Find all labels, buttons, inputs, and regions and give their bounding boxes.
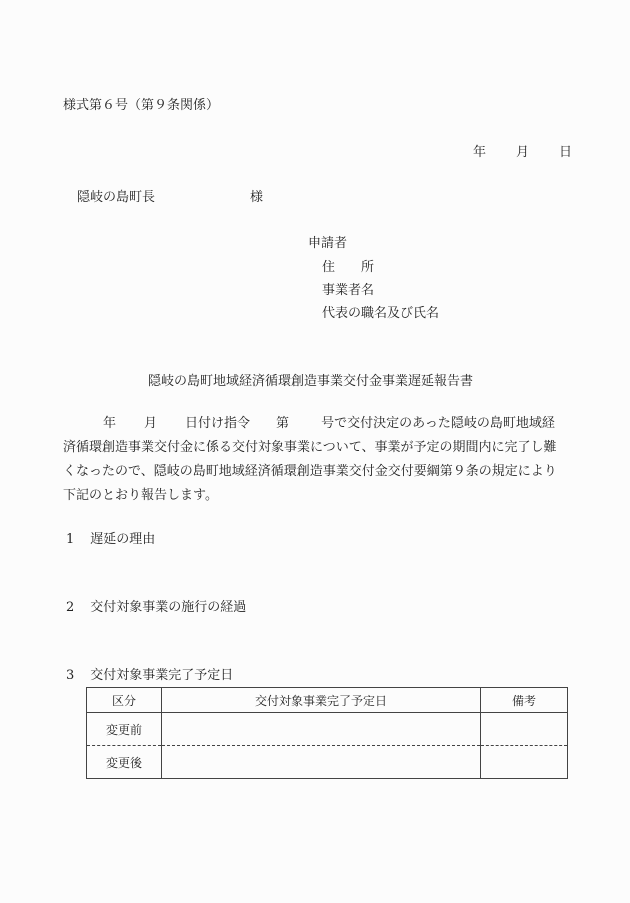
date-year-label: 年 <box>473 145 486 160</box>
table-row: 変更前 <box>87 713 568 746</box>
address-label-part1: 住 <box>322 260 335 275</box>
body-month: 月 <box>144 416 157 431</box>
completion-date-table: 区分 交付対象事業完了予定日 備考 変更前 変更後 <box>86 687 568 779</box>
body-day-directive: 日付け指令 <box>185 416 250 431</box>
row-remarks[interactable] <box>481 746 568 779</box>
body-line-1: 年月日付け指令第号で交付決定のあった隠岐の島町地域経 <box>63 412 583 436</box>
body-number-prefix: 第 <box>276 416 289 431</box>
section-number: 2 <box>66 600 74 615</box>
body-year: 年 <box>103 416 116 431</box>
date-line: 年月日 <box>473 145 572 161</box>
section-number: 3 <box>66 668 74 683</box>
body-paragraph: 年月日付け指令第号で交付決定のあった隠岐の島町地域経 済循環創造事業交付金に係る… <box>63 412 583 508</box>
header-category: 区分 <box>87 688 162 713</box>
addressee-honorific: 様 <box>250 190 263 206</box>
row-completion-date[interactable] <box>162 746 481 779</box>
header-completion-date: 交付対象事業完了予定日 <box>162 688 481 713</box>
section-3: 3交付対象事業完了予定日 <box>66 668 233 684</box>
date-month-label: 月 <box>516 145 529 160</box>
document-title: 隠岐の島町地域経済循環創造事業交付金事業遅延報告書 <box>148 374 473 390</box>
body-line-2: 済循環創造事業交付金に係る交付対象事業について、事業が予定の期間内に完了し難 <box>63 436 583 460</box>
body-line-4: 下記のとおり報告します。 <box>63 484 583 508</box>
section-label: 遅延の理由 <box>90 532 155 547</box>
table-row: 変更後 <box>87 746 568 779</box>
row-completion-date[interactable] <box>162 713 481 746</box>
addressee-name: 隠岐の島町長 <box>77 190 155 206</box>
row-category: 変更前 <box>87 713 162 746</box>
section-2: 2交付対象事業の施行の経過 <box>66 600 246 616</box>
date-day-label: 日 <box>559 145 572 160</box>
body-line-3: くなったので、隠岐の島町地域経済循環創造事業交付金交付要綱第９条の規定により <box>63 460 583 484</box>
section-label: 交付対象事業完了予定日 <box>90 668 233 683</box>
applicant-business-name-label: 事業者名 <box>322 283 374 299</box>
header-remarks: 備考 <box>481 688 568 713</box>
body-line1-rest: 号で交付決定のあった隠岐の島町地域経 <box>321 416 555 431</box>
section-1: 1遅延の理由 <box>66 532 155 548</box>
applicant-representative-label: 代表の職名及び氏名 <box>322 306 439 322</box>
section-number: 1 <box>66 532 74 547</box>
applicant-address-label: 住所 <box>322 260 374 276</box>
form-number: 様式第６号（第９条関係） <box>63 98 219 114</box>
section-label: 交付対象事業の施行の経過 <box>90 600 246 615</box>
address-label-part2: 所 <box>361 260 374 275</box>
row-category: 変更後 <box>87 746 162 779</box>
applicant-heading: 申請者 <box>308 236 347 252</box>
row-remarks[interactable] <box>481 713 568 746</box>
table-header-row: 区分 交付対象事業完了予定日 備考 <box>87 688 568 713</box>
